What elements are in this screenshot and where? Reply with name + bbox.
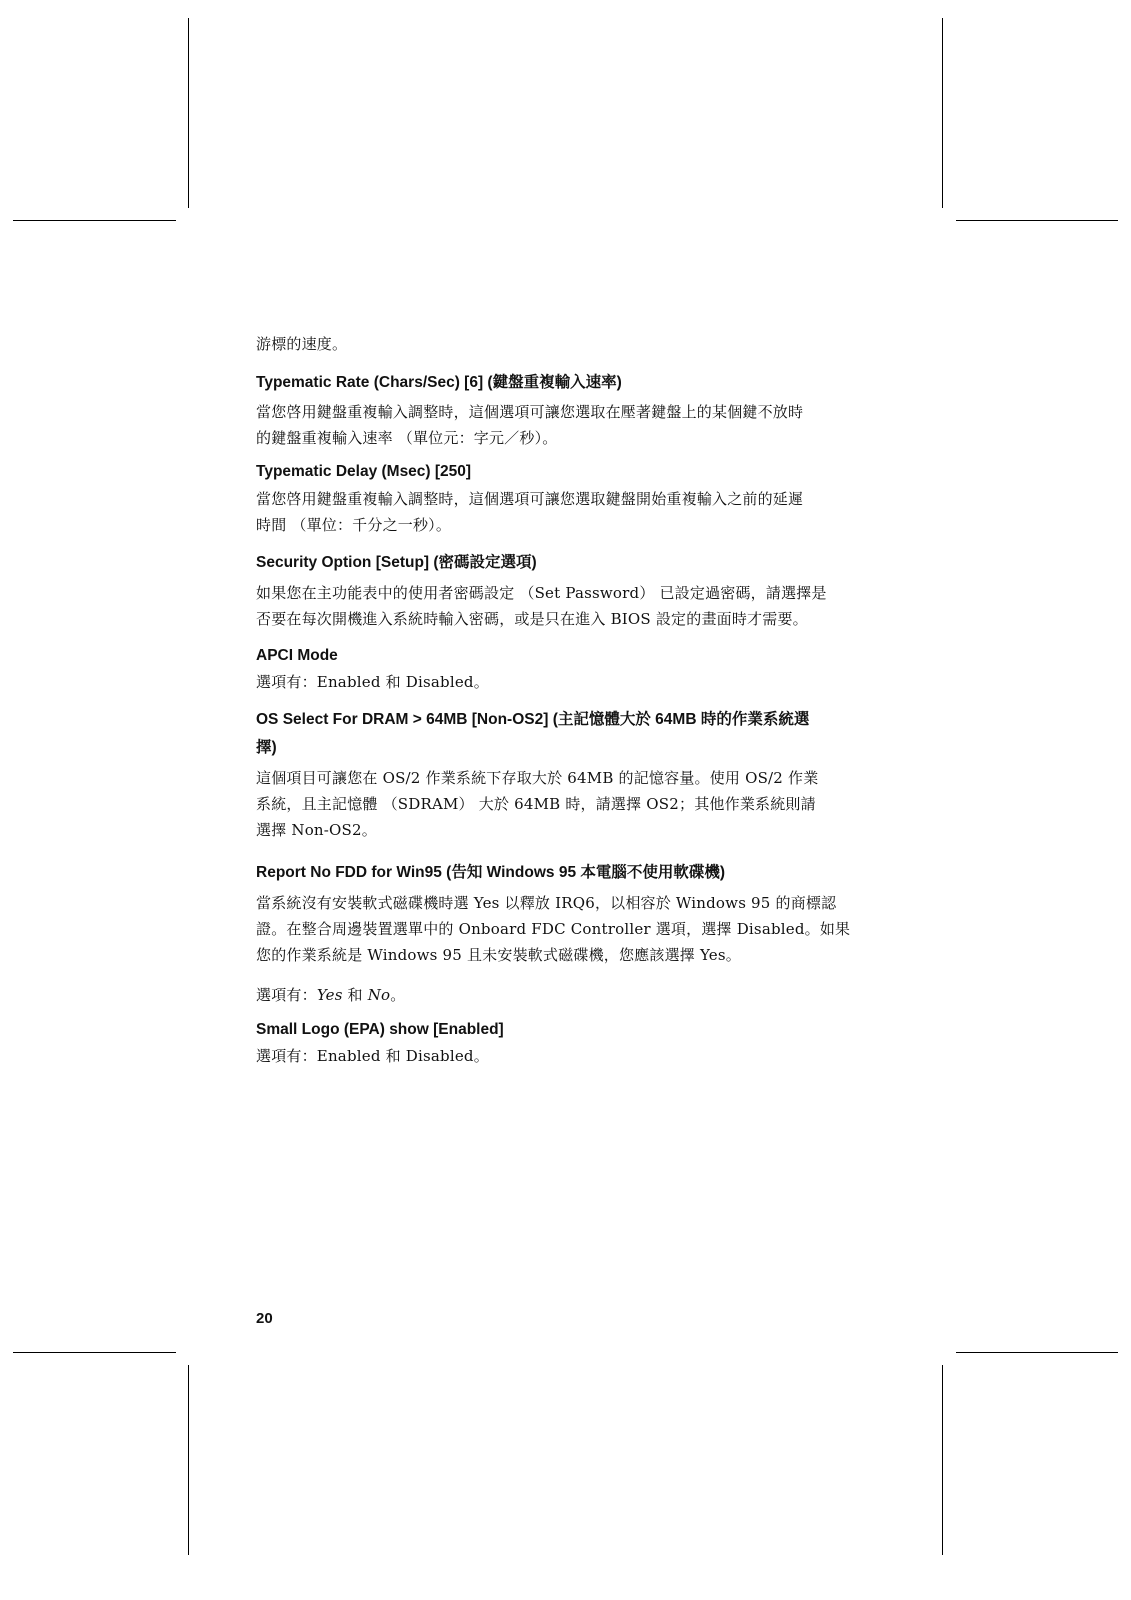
paragraph-line: 您的作業系統是 Windows 95 且未安裝軟式磁碟機，您應該選擇 Yes。 [256,942,876,968]
options-line: 選項有：Yes 和 No。 [256,982,876,1008]
heading-security-option: Security Option [Setup] (密碼設定選項) [256,552,537,574]
heading-typematic-delay: Typematic Delay (Msec) [250] [256,461,471,483]
page-number: 20 [256,1310,273,1327]
crop-mark-top-right-vertical [942,18,943,208]
intro-line: 游標的速度。 [256,331,876,357]
crop-mark-bottom-right-horizontal [956,1352,1118,1353]
paragraph-line: 選項有：Enabled 和 Disabled。 [256,669,876,695]
paragraph-line: 當您啓用鍵盤重複輸入調整時，這個選項可讓您選取在壓著鍵盤上的某個鍵不放時 [256,399,876,425]
paragraph-line: 否要在每次開機進入系統時輸入密碼，或是只在進入 BIOS 設定的畫面時才需要。 [256,606,876,632]
paragraph-line: 系統，且主記憶體 （SDRAM） 大於 64MB 時，請選擇 OS2；其他作業系… [256,791,876,817]
crop-mark-top-left-horizontal [13,220,176,221]
options-and: 和 [343,986,368,1004]
heading-typematic-rate: Typematic Rate (Chars/Sec) [6] (鍵盤重複輸入速率… [256,372,622,394]
heading-small-logo: Small Logo (EPA) show [Enabled] [256,1019,504,1041]
crop-mark-bottom-left-vertical [188,1365,189,1555]
paragraph-line: 如果您在主功能表中的使用者密碼設定 （Set Password） 已設定過密碼，… [256,580,876,606]
heading-os-select: OS Select For DRAM > 64MB [Non-OS2] (主記憶… [256,709,809,731]
paragraph-line: 證。在整合周邊裝置選單中的 Onboard FDC Controller 選項，… [256,916,876,942]
paragraph-line: 當系統沒有安裝軟式磁碟機時選 Yes 以釋放 IRQ6，以相容於 Windows… [256,890,876,916]
crop-mark-bottom-left-horizontal [13,1352,176,1353]
paragraph-line: 選擇 Non-OS2。 [256,817,876,843]
paragraph-line: 的鍵盤重複輸入速率 （單位元：字元／秒）。 [256,425,876,451]
crop-mark-top-left-vertical [188,18,189,208]
option-no: No [368,986,391,1004]
paragraph-line: 時間 （單位：千分之一秒）。 [256,512,876,538]
options-suffix: 。 [390,986,405,1004]
options-prefix: 選項有： [256,986,317,1004]
paragraph-line: 這個項目可讓您在 OS/2 作業系統下存取大於 64MB 的記憶容量。使用 OS… [256,765,876,791]
crop-mark-top-right-horizontal [956,220,1118,221]
heading-apci-mode: APCI Mode [256,645,338,667]
option-yes: Yes [317,986,343,1004]
crop-mark-bottom-right-vertical [942,1365,943,1555]
heading-os-select-continued: 擇) [256,737,277,759]
heading-report-no-fdd: Report No FDD for Win95 (告知 Windows 95 本… [256,862,725,884]
paragraph-line: 當您啓用鍵盤重複輸入調整時，這個選項可讓您選取鍵盤開始重複輸入之前的延遲 [256,486,876,512]
paragraph-line: 選項有：Enabled 和 Disabled。 [256,1043,876,1069]
